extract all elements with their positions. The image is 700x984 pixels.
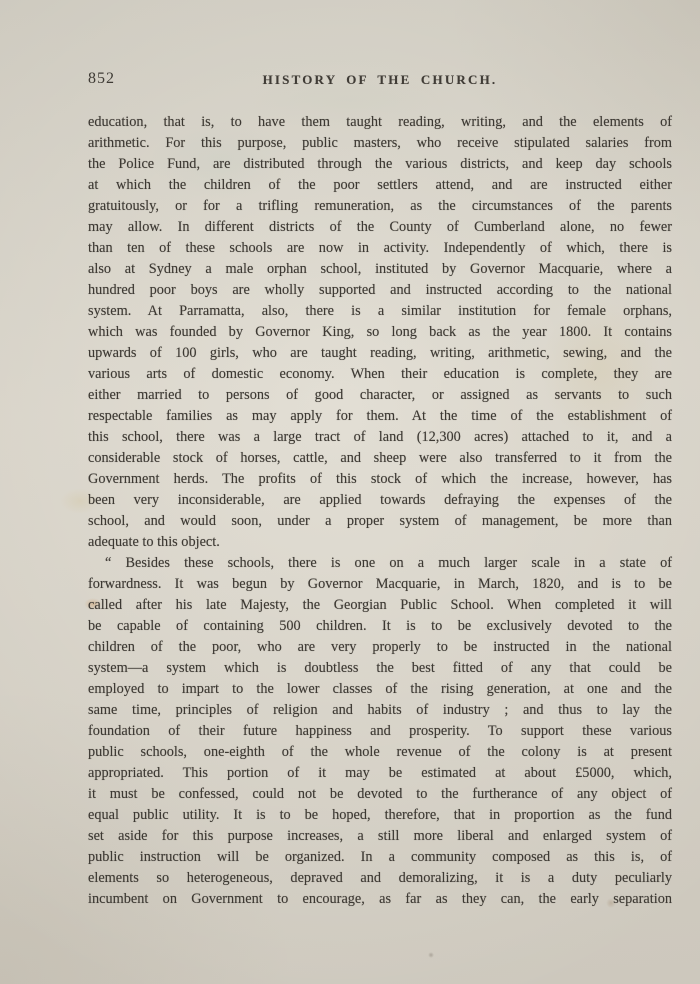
text-line: than ten of these schools are now in act…: [88, 238, 672, 259]
text-line: respectable families as may apply for th…: [88, 406, 672, 427]
book-page: 852 HISTORY OF THE CHURCH. education, th…: [0, 0, 700, 984]
text-line: forwardness. It was begun by Governor Ma…: [88, 574, 672, 595]
text-line: appropriated. This portion of it may be …: [88, 763, 672, 784]
text-line: system. At Parramatta, also, there is a …: [88, 301, 672, 322]
page-number: 852: [88, 70, 115, 88]
text-line: set aside for this purpose increases, a …: [88, 826, 672, 847]
text-line: gratuitously, or for a trifling remunera…: [88, 196, 672, 217]
text-line: “ Besides these schools, there is one on…: [88, 553, 672, 574]
text-line: public schools, one-eighth of the whole …: [88, 742, 672, 763]
text-line: called after his late Majesty, the Georg…: [88, 595, 672, 616]
running-title: HISTORY OF THE CHURCH.: [88, 70, 672, 88]
text-line: adequate to this object.: [88, 532, 672, 553]
text-line: at which the children of the poor settle…: [88, 175, 672, 196]
text-line: also at Sydney a male orphan school, ins…: [88, 259, 672, 280]
text-line: various arts of domestic economy. When t…: [88, 364, 672, 385]
text-line: either married to persons of good charac…: [88, 385, 672, 406]
text-line: this school, there was a large tract of …: [88, 427, 672, 448]
text-line: Government herds. The profits of this st…: [88, 469, 672, 490]
text-line: been very inconsiderable, are applied to…: [88, 490, 672, 511]
text-line: elements so heterogeneous, depraved and …: [88, 868, 672, 889]
page-body: education, that is, to have them taught …: [88, 112, 672, 910]
text-line: may allow. In different districts of the…: [88, 217, 672, 238]
text-line: same time, principles of religion and ha…: [88, 700, 672, 721]
text-line: incumbent on Government to encourage, as…: [88, 889, 672, 910]
text-line: equal public utility. It is to be hoped,…: [88, 805, 672, 826]
text-line: be capable of containing 500 children. I…: [88, 616, 672, 637]
text-line: arithmetic. For this purpose, public mas…: [88, 133, 672, 154]
text-line: education, that is, to have them taught …: [88, 112, 672, 133]
text-line: employed to impart to the lower classes …: [88, 679, 672, 700]
paragraph: education, that is, to have them taught …: [88, 112, 672, 553]
text-line: hundred poor boys are wholly supported a…: [88, 280, 672, 301]
text-line: children of the poor, who are very prope…: [88, 637, 672, 658]
text-line: considerable stock of horses, cattle, an…: [88, 448, 672, 469]
text-line: which was founded by Governor King, so l…: [88, 322, 672, 343]
text-line: public instruction will be organized. In…: [88, 847, 672, 868]
paper-stain: [428, 952, 434, 958]
text-line: system—a system which is doubtless the b…: [88, 658, 672, 679]
page-header: 852 HISTORY OF THE CHURCH.: [88, 70, 672, 92]
paragraph: “ Besides these schools, there is one on…: [88, 553, 672, 910]
text-line: it must be confessed, could not be devot…: [88, 784, 672, 805]
text-line: the Police Fund, are distributed through…: [88, 154, 672, 175]
text-line: foundation of their future happiness and…: [88, 721, 672, 742]
text-line: school, and would soon, under a proper s…: [88, 511, 672, 532]
text-line: upwards of 100 girls, who are taught rea…: [88, 343, 672, 364]
